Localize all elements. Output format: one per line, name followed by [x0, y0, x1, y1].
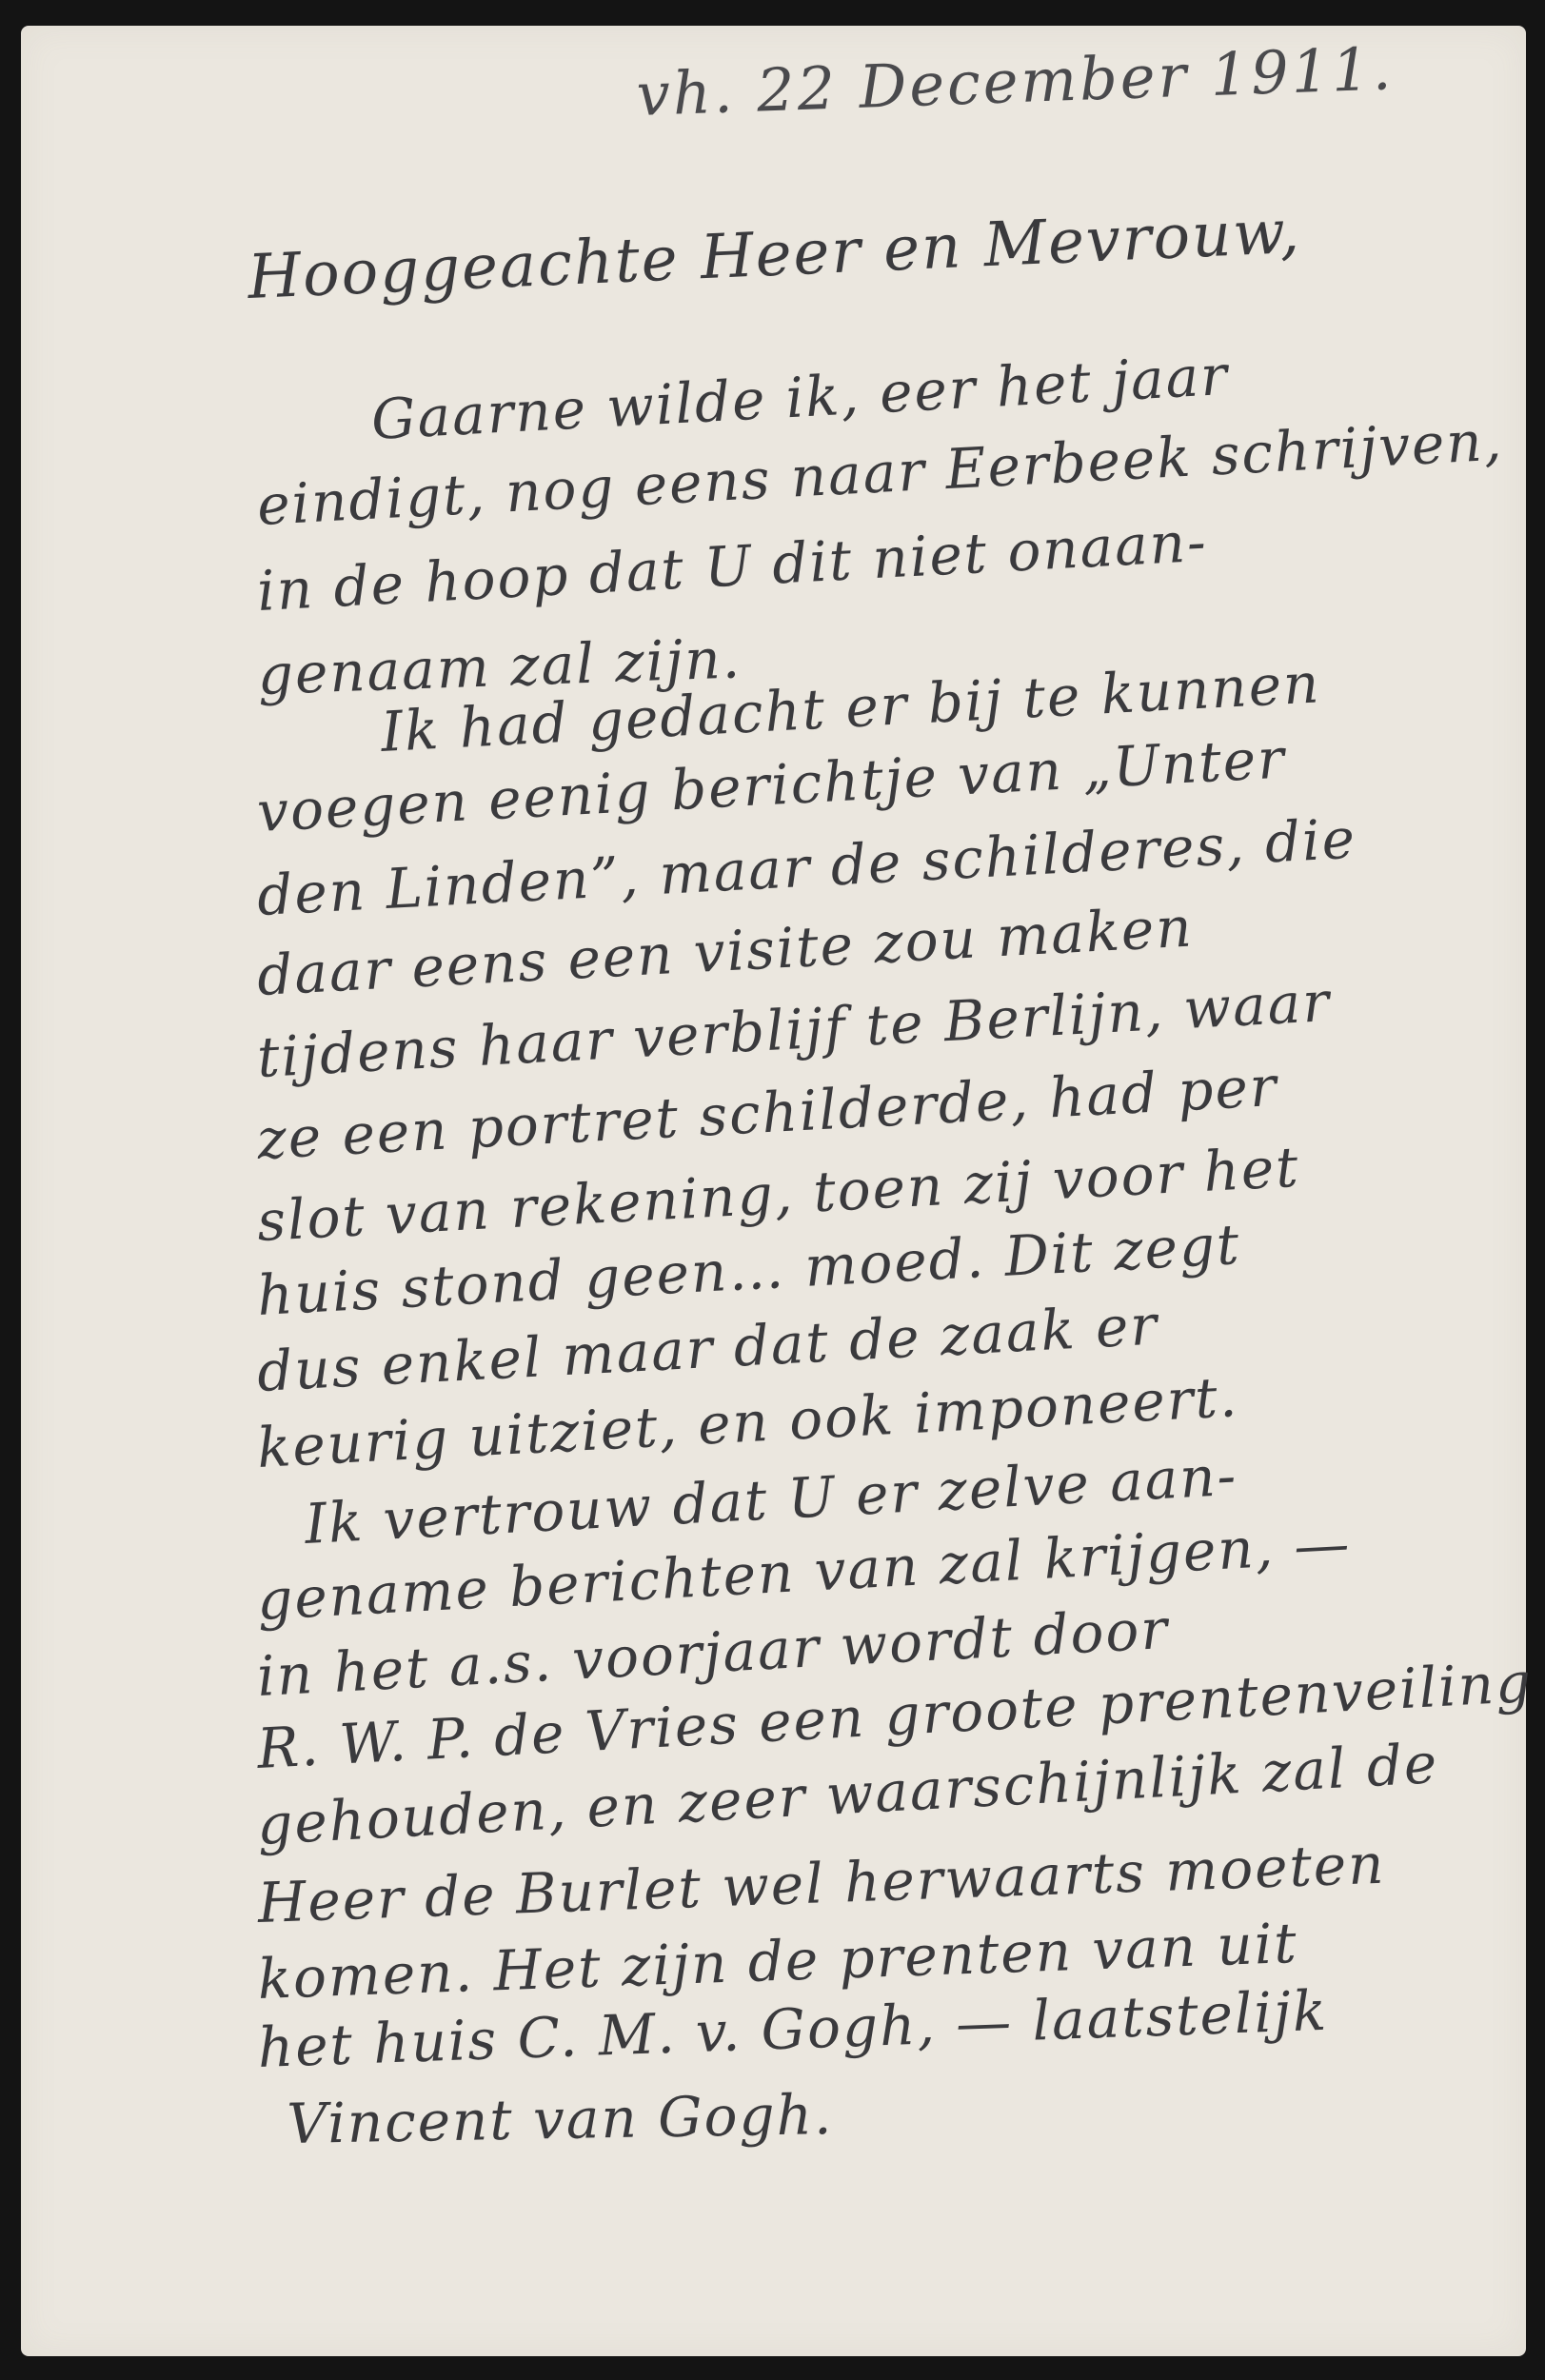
- salutation: Hooggeachte Heer en Mevrouw,: [247, 197, 1302, 313]
- letter-paper: vh. 22 December 1911. Hooggeachte Heer e…: [21, 26, 1526, 2356]
- letter-date: vh. 22 December 1911.: [635, 33, 1395, 129]
- letter-line-23: Vincent van Gogh.: [287, 2082, 834, 2156]
